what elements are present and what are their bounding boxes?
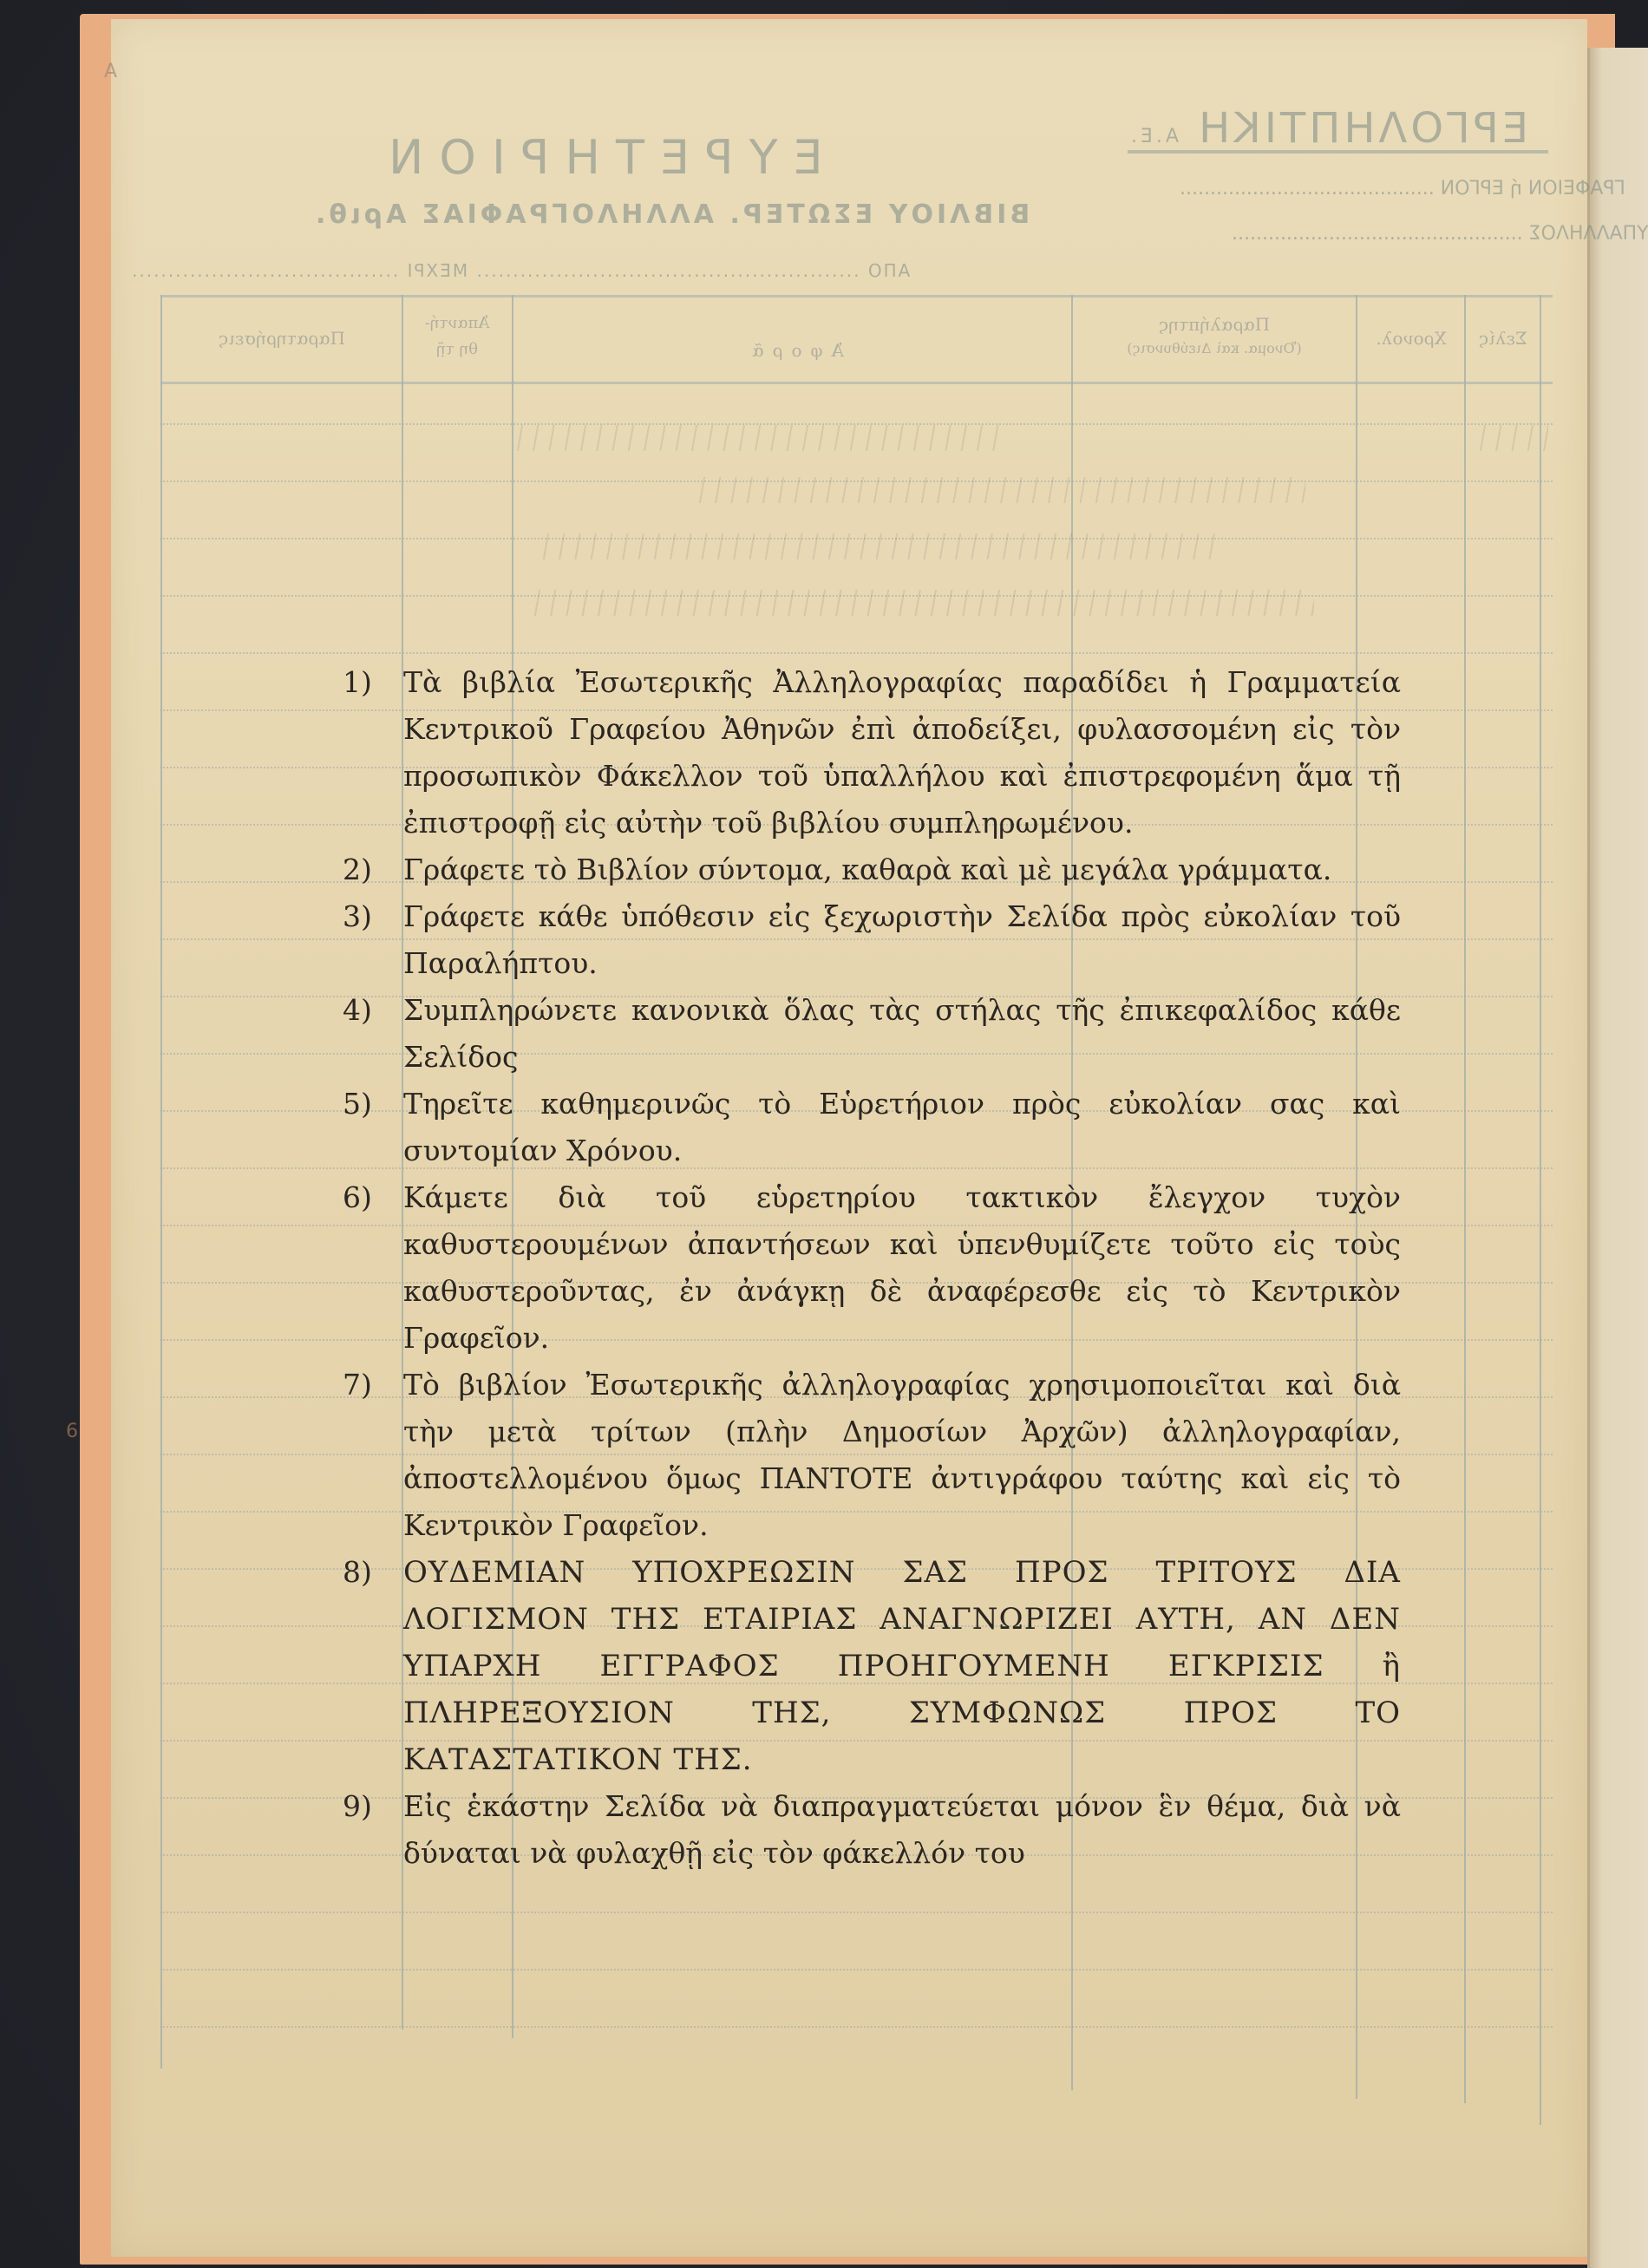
ghost-range-line: ΑΠΟ ....................................… xyxy=(130,260,910,281)
instruction-number: 8) xyxy=(343,1549,403,1596)
instruction-item: 9) Εἰς ἑκάστην Σελίδα νὰ διαπραγματεύετα… xyxy=(343,1783,1401,1877)
ghost-header-recipient: Παραλήπτης xyxy=(1076,314,1353,335)
instruction-number: 1) xyxy=(343,659,403,706)
instruction-text: Τὸ βιβλίον Ἐσωτερικῆς ἀλληλογραφίας χρησ… xyxy=(403,1362,1401,1549)
margin-mark-a: A xyxy=(104,61,117,82)
margin-mark-page-number: 6 xyxy=(66,1421,78,1442)
handwriting-bleed xyxy=(1479,425,1548,451)
instruction-number: 9) xyxy=(343,1783,403,1830)
table-rule xyxy=(160,295,162,2069)
instruction-item: 3) Γράφετε κάθε ὑπόθεσιν εἰς ξεχωριστὴν … xyxy=(343,893,1401,987)
ghost-office-text: ΓΡΑΦΕΙΟΝ ή ΕΡΓΟΝ xyxy=(1441,178,1625,199)
table-header-rule xyxy=(160,382,1553,384)
instruction-item: 8) ΟΥΔΕΜΙΑΝ ΥΠΟΧΡΕΩΣΙΝ ΣΑΣ ΠΡΟΣ ΤΡΙΤΟΥΣ … xyxy=(343,1549,1401,1783)
table-top-rule xyxy=(160,295,1553,297)
ghost-company-suffix: Α.Ε. xyxy=(1128,126,1179,147)
ghost-header-date: Χρονολ. xyxy=(1360,328,1462,349)
handwriting-bleed xyxy=(542,533,1219,559)
ghost-index-title: ΕΥΡΕΤΗΡΙΟΝ xyxy=(373,130,823,185)
table-row-rule xyxy=(160,1912,1553,1913)
instruction-text: Γράφετε τὸ Βιβλίον σύντομα, καθαρὰ καὶ μ… xyxy=(403,846,1401,893)
handwriting-bleed xyxy=(516,425,1002,451)
instruction-text: Συμπληρώνετε κανονικὰ ὅλας τὰς στήλας τῆ… xyxy=(403,987,1401,1081)
ghost-office-label: ΓΡΑΦΕΙΟΝ ή ΕΡΓΟΝ .......................… xyxy=(1180,178,1625,199)
instruction-item: 6) Κάμετε διὰ τοῦ εὑρετηρίου τακτικὸν ἔλ… xyxy=(343,1174,1401,1362)
instruction-text: Τηρεῖτε καθημερινῶς τὸ Εὑρετήριον πρὸς ε… xyxy=(403,1081,1401,1174)
instruction-item: 1) Τὰ βιβλία Ἐσωτερικῆς Ἀλληλογραφίας πα… xyxy=(343,659,1401,846)
table-row-rule xyxy=(160,652,1553,654)
instruction-text: ΟΥΔΕΜΙΑΝ ΥΠΟΧΡΕΩΣΙΝ ΣΑΣ ΠΡΟΣ ΤΡΙΤΟΥΣ ΔΙΑ… xyxy=(403,1549,1401,1783)
table-row-rule xyxy=(160,2026,1553,2028)
instruction-text: Τὰ βιβλία Ἐσωτερικῆς Ἀλληλογραφίας παραδ… xyxy=(403,659,1401,846)
ghost-header-page: Σελίς xyxy=(1468,328,1538,349)
instructions-list: 1) Τὰ βιβλία Ἐσωτερικῆς Ἀλληλογραφίας πα… xyxy=(343,659,1401,1877)
instruction-text: Γράφετε κάθε ὑπόθεσιν εἰς ξεχωριστὴν Σελ… xyxy=(403,893,1401,987)
ghost-company-text: ΕΡΓΟΛΗΠΤΙΚΗ xyxy=(1195,104,1528,153)
next-page-edge xyxy=(1587,48,1648,2268)
ghost-employee-text: ΥΠΑΛΛΗΛΟΣ xyxy=(1529,223,1648,245)
instruction-item: 2) Γράφετε τὸ Βιβλίον σύντομα, καθαρὰ κα… xyxy=(343,846,1401,893)
table-rule xyxy=(1540,295,1541,2125)
instruction-number: 3) xyxy=(343,893,403,940)
table-row-rule xyxy=(160,1969,1553,1971)
instruction-number: 6) xyxy=(343,1174,403,1221)
instruction-number: 4) xyxy=(343,987,403,1034)
ghost-company-name: ΕΡΓΟΛΗΠΤΙΚΗ Α.Ε. xyxy=(1128,104,1528,153)
instruction-number: 5) xyxy=(343,1081,403,1127)
ghost-header-subject: Ἀφορᾶ xyxy=(516,340,1071,361)
ghost-to-label: ΜΕΧΡΙ xyxy=(406,260,468,281)
ghost-header-answered: Ἀπαντή- xyxy=(405,314,509,332)
ghost-from-label: ΑΠΟ xyxy=(867,260,910,281)
table-rule xyxy=(1464,295,1466,2103)
instruction-item: 5) Τηρεῖτε καθημερινῶς τὸ Εὑρετήριον πρὸ… xyxy=(343,1081,1401,1174)
ghost-book-line: ΒΙΒΛΙΟΥ ΕΣΩΤΕΡ. ΑΛΛΗΛΟΓΡΑΦΙΑΣ Αριθ. xyxy=(312,199,1030,230)
ghost-header-answered-sub: θη τῇ xyxy=(405,340,509,358)
handwriting-bleed xyxy=(698,477,1305,503)
instruction-item: 7) Τὸ βιβλίον Ἐσωτερικῆς ἀλληλογραφίας χ… xyxy=(343,1362,1401,1549)
ghost-employee-label: ΥΠΑΛΛΗΛΟΣ ..............................… xyxy=(1232,223,1648,245)
ghost-header-recipient-sub: (Ὄνομα. καὶ Διεύθυνσις) xyxy=(1076,340,1353,356)
instruction-number: 2) xyxy=(343,846,403,893)
ghost-company-underline xyxy=(1128,150,1548,154)
handwriting-bleed xyxy=(533,590,1314,616)
ghost-header-remarks: Παρατηρήσεις xyxy=(164,328,400,349)
instruction-text: Εἰς ἑκάστην Σελίδα νὰ διαπραγματεύεται μ… xyxy=(403,1783,1401,1877)
instruction-text: Κάμετε διὰ τοῦ εὑρετηρίου τακτικὸν ἔλεγχ… xyxy=(403,1174,1401,1362)
instruction-number: 7) xyxy=(343,1362,403,1409)
instruction-item: 4) Συμπληρώνετε κανονικὰ ὅλας τὰς στήλας… xyxy=(343,987,1401,1081)
